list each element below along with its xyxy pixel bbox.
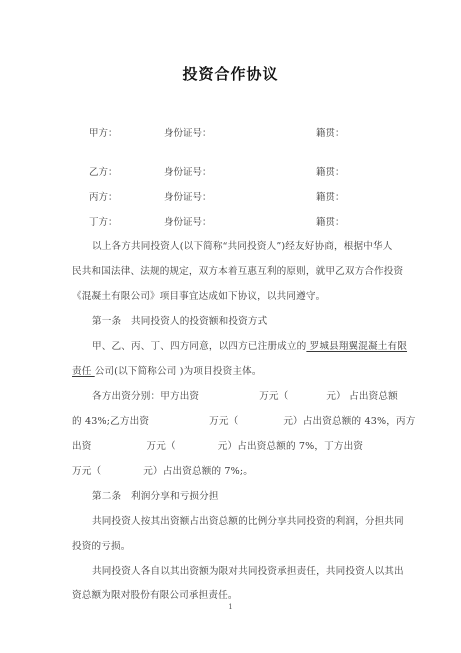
- article-2-paragraph-line: 投资的亏损。: [72, 540, 390, 554]
- party-row-yi: 乙方： 身份证号： 籍贯：: [0, 166, 461, 180]
- article-2-paragraph-line: 共同投资人按其出资额占出资总额的比例分享共同投资的利润，分担共同: [72, 515, 410, 529]
- article-2-paragraph-line: 共同投资人各自以其出资额为限对共同投资承担责任，共同投资人以其出: [72, 565, 410, 579]
- contribution-text: 万元（: [147, 441, 176, 452]
- party-name-label: 丙方：: [89, 191, 118, 205]
- document-page: 投资合作协议 甲方： 身份证号： 籍贯： 乙方： 身份证号： 籍贯： 丙方： 身…: [0, 0, 461, 653]
- contribution-text: 万元（: [259, 391, 288, 402]
- page-number: 1: [0, 603, 461, 611]
- party-row-ding: 丁方： 身份证号： 籍贯：: [0, 216, 461, 230]
- document-title: 投资合作协议: [0, 63, 461, 84]
- id-number-label: 身份证号：: [164, 127, 212, 141]
- article-2-paragraph-line: 资总额为限对股份有限公司承担责任。: [72, 589, 390, 603]
- party-name-label: 丁方：: [89, 216, 118, 230]
- paragraph-text: 甲、乙、丙、丁、四方同意，以四方已注册成立的: [92, 341, 306, 352]
- article-1-paragraph-line: 甲、乙、丙、丁、四方同意，以四方已注册成立的 罗城县翔翼混凝土有限: [72, 340, 410, 354]
- paragraph-text: 公司(以下简称公司 )为项目投资主体。: [95, 366, 262, 377]
- native-place-label: 籍贯：: [316, 216, 345, 230]
- contribution-text: 出资: [72, 441, 92, 452]
- id-number-label: 身份证号：: [164, 216, 212, 230]
- native-place-label: 籍贯：: [316, 191, 345, 205]
- party-name-label: 乙方：: [89, 166, 118, 180]
- contribution-line: 万元（元）占出资总额的 7%;。: [72, 465, 390, 479]
- native-place-label: 籍贯：: [316, 166, 345, 180]
- preamble-line: 以上各方共同投资人(以下简称“共同投资人”)经友好协商，根据中华人: [72, 240, 410, 254]
- contribution-text: 的 43%;乙方出资: [72, 416, 149, 427]
- contribution-line: 各方出资分别：甲方出资万元（元） 占出资总额: [72, 390, 410, 404]
- native-place-label: 籍贯：: [316, 127, 345, 141]
- contribution-text: 元）占出资总额的 43%，丙方: [283, 416, 415, 427]
- contribution-line: 的 43%;乙方出资万元（元）占出资总额的 43%，丙方: [72, 415, 390, 429]
- contribution-text: 元）占出资总额的 7%;。: [143, 466, 253, 477]
- contribution-text: 元） 占出资总额: [326, 391, 397, 402]
- id-number-label: 身份证号：: [164, 191, 212, 205]
- id-number-label: 身份证号：: [164, 166, 212, 180]
- article-2-heading: 第二条 利润分享和亏损分担: [72, 490, 410, 504]
- contribution-text: 各方出资分别：甲方出资: [92, 391, 199, 402]
- contribution-text: 万元（: [209, 416, 238, 427]
- party-row-bing: 丙方： 身份证号： 籍贯：: [0, 191, 461, 205]
- contribution-text: 元）占出资总额的 7%，丁方出资: [218, 441, 363, 452]
- party-name-label: 甲方：: [89, 127, 118, 141]
- preamble-line: 民共和国法律、法规的规定，双方本着互惠互利的原则，就甲乙双方合作投资: [72, 265, 390, 279]
- article-1-heading: 第一条 共同投资人的投资额和投资方式: [72, 315, 410, 329]
- contribution-text: 万元（: [72, 466, 101, 477]
- preamble-line: 《混凝土有限公司》项目事宜达成如下协议，以共同遵守。: [72, 290, 390, 304]
- company-name-underlined: 责任: [72, 366, 95, 377]
- party-row-jia: 甲方： 身份证号： 籍贯：: [0, 127, 461, 141]
- contribution-line: 出资万元（元）占出资总额的 7%，丁方出资: [72, 440, 390, 454]
- company-name-underlined: 罗城县翔翼混凝土有限: [306, 341, 407, 352]
- article-1-paragraph-line: 责任 公司(以下简称公司 )为项目投资主体。: [72, 365, 390, 379]
